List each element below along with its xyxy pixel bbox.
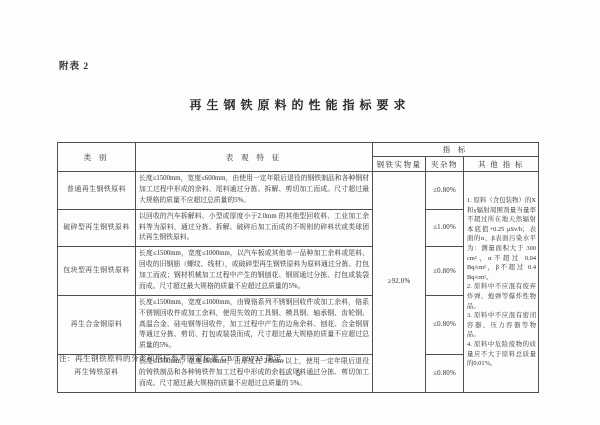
page-title: 再生钢铁原料的性能指标要求 [0,96,600,113]
other-indicator-item: 2. 原料中不应混有废弃炸弹、炮弹等爆炸性物品。 [467,282,536,311]
category-cell: 普通再生钢铁原料 [58,172,136,210]
inclusion-cell: ≤1.00% [426,209,464,247]
other-indicator-item: 4. 原料中危险废物的质量应不大于原料总质量的0.01%。 [467,340,536,369]
header-row-top: 类 别 表 观 特 征 指 标 [58,143,539,157]
col-header-indicator: 指 标 [373,143,539,157]
col-header-other: 其 他 指 标 [464,157,539,172]
feature-cell: 长度≤1500mm，宽度≤1000mm，以汽车板或其他单一品种加工余料或尾料、回… [136,247,373,296]
feature-cell: 以回收的汽车拆解料、小型或厚度小于2.0mm 的其他型回收料、工业加工余料等为原… [136,209,373,247]
page-number: — 5 — [0,368,600,378]
other-indicator-item: 1. 原料（含包装物）的X和γ辐射周围剂量当量率不超过所在地天然辐射本底值+0.… [467,196,536,282]
category-cell: 包块型再生钢铁原料 [58,247,136,296]
inclusion-cell: ≤0.80% [426,247,464,296]
inclusion-cell: ≤0.80% [426,295,464,354]
col-header-inclusion: 夹杂物 [426,157,464,172]
category-cell: 再生合金钢原料 [58,295,136,354]
category-cell: 破碎型再生钢铁原料 [58,209,136,247]
col-header-feature: 表 观 特 征 [136,143,373,172]
col-header-category: 类 别 [58,143,136,172]
footnote: 注：再生钢铁原料的分类和指标参考国家标准 GB/T 39733 确定。 [59,353,290,364]
inclusion-cell: ≤0.80% [426,172,464,210]
feature-cell: 长度≤1500mm，宽度≤1000mm，由镍铬系列不锈钢回收件或加工余料，铬系不… [136,295,373,354]
col-header-steel-content: 钢铁实物量 [373,157,426,172]
table-row: 普通再生钢铁原料 长度≤1500mm，宽度≤600mm，由使用一定年限后退役的钢… [58,172,539,210]
other-indicators-cell: 1. 原料（含包装物）的X和γ辐射周围剂量当量率不超过所在地天然辐射本底值+0.… [464,172,539,393]
appendix-label: 附表 2 [59,58,89,72]
feature-cell: 长度≤1500mm，宽度≤600mm，由使用一定年限后退役的钢铁制品和各种钢材加… [136,172,373,210]
document-page: 附表 2 再生钢铁原料的性能指标要求 类 别 表 观 特 征 指 标 钢铁实物量… [0,0,600,425]
other-indicator-item: 3. 原料中不应混有密闭容器、压力容器等物品。 [467,311,536,340]
steel-content-cell: ≥92.0% [373,172,426,393]
